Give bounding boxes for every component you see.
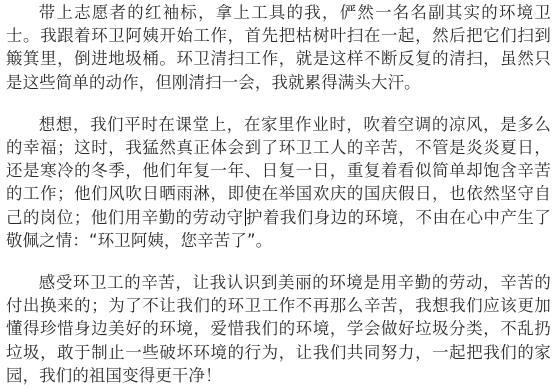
paragraph-reflection[interactable]: 想想，我们平时在课堂上，在家里作业时，吹着空调的凉风，是多么的幸福；这时，我猛然…: [6, 113, 551, 252]
document-body[interactable]: 带上志愿者的红袖标，拿上工具的我，俨然一名名副其实的环境卫士。我跟着环卫阿姨开始…: [6, 1, 551, 387]
paragraph-volunteer-work[interactable]: 带上志愿者的红袖标，拿上工具的我，俨然一名名副其实的环境卫士。我跟着环卫阿姨开始…: [6, 1, 551, 94]
paragraph-conclusion[interactable]: 感受环卫工的辛苦，让我认识到美丽的环境是用辛勤的劳动，辛苦的付出换来的；为了不让…: [6, 271, 551, 387]
